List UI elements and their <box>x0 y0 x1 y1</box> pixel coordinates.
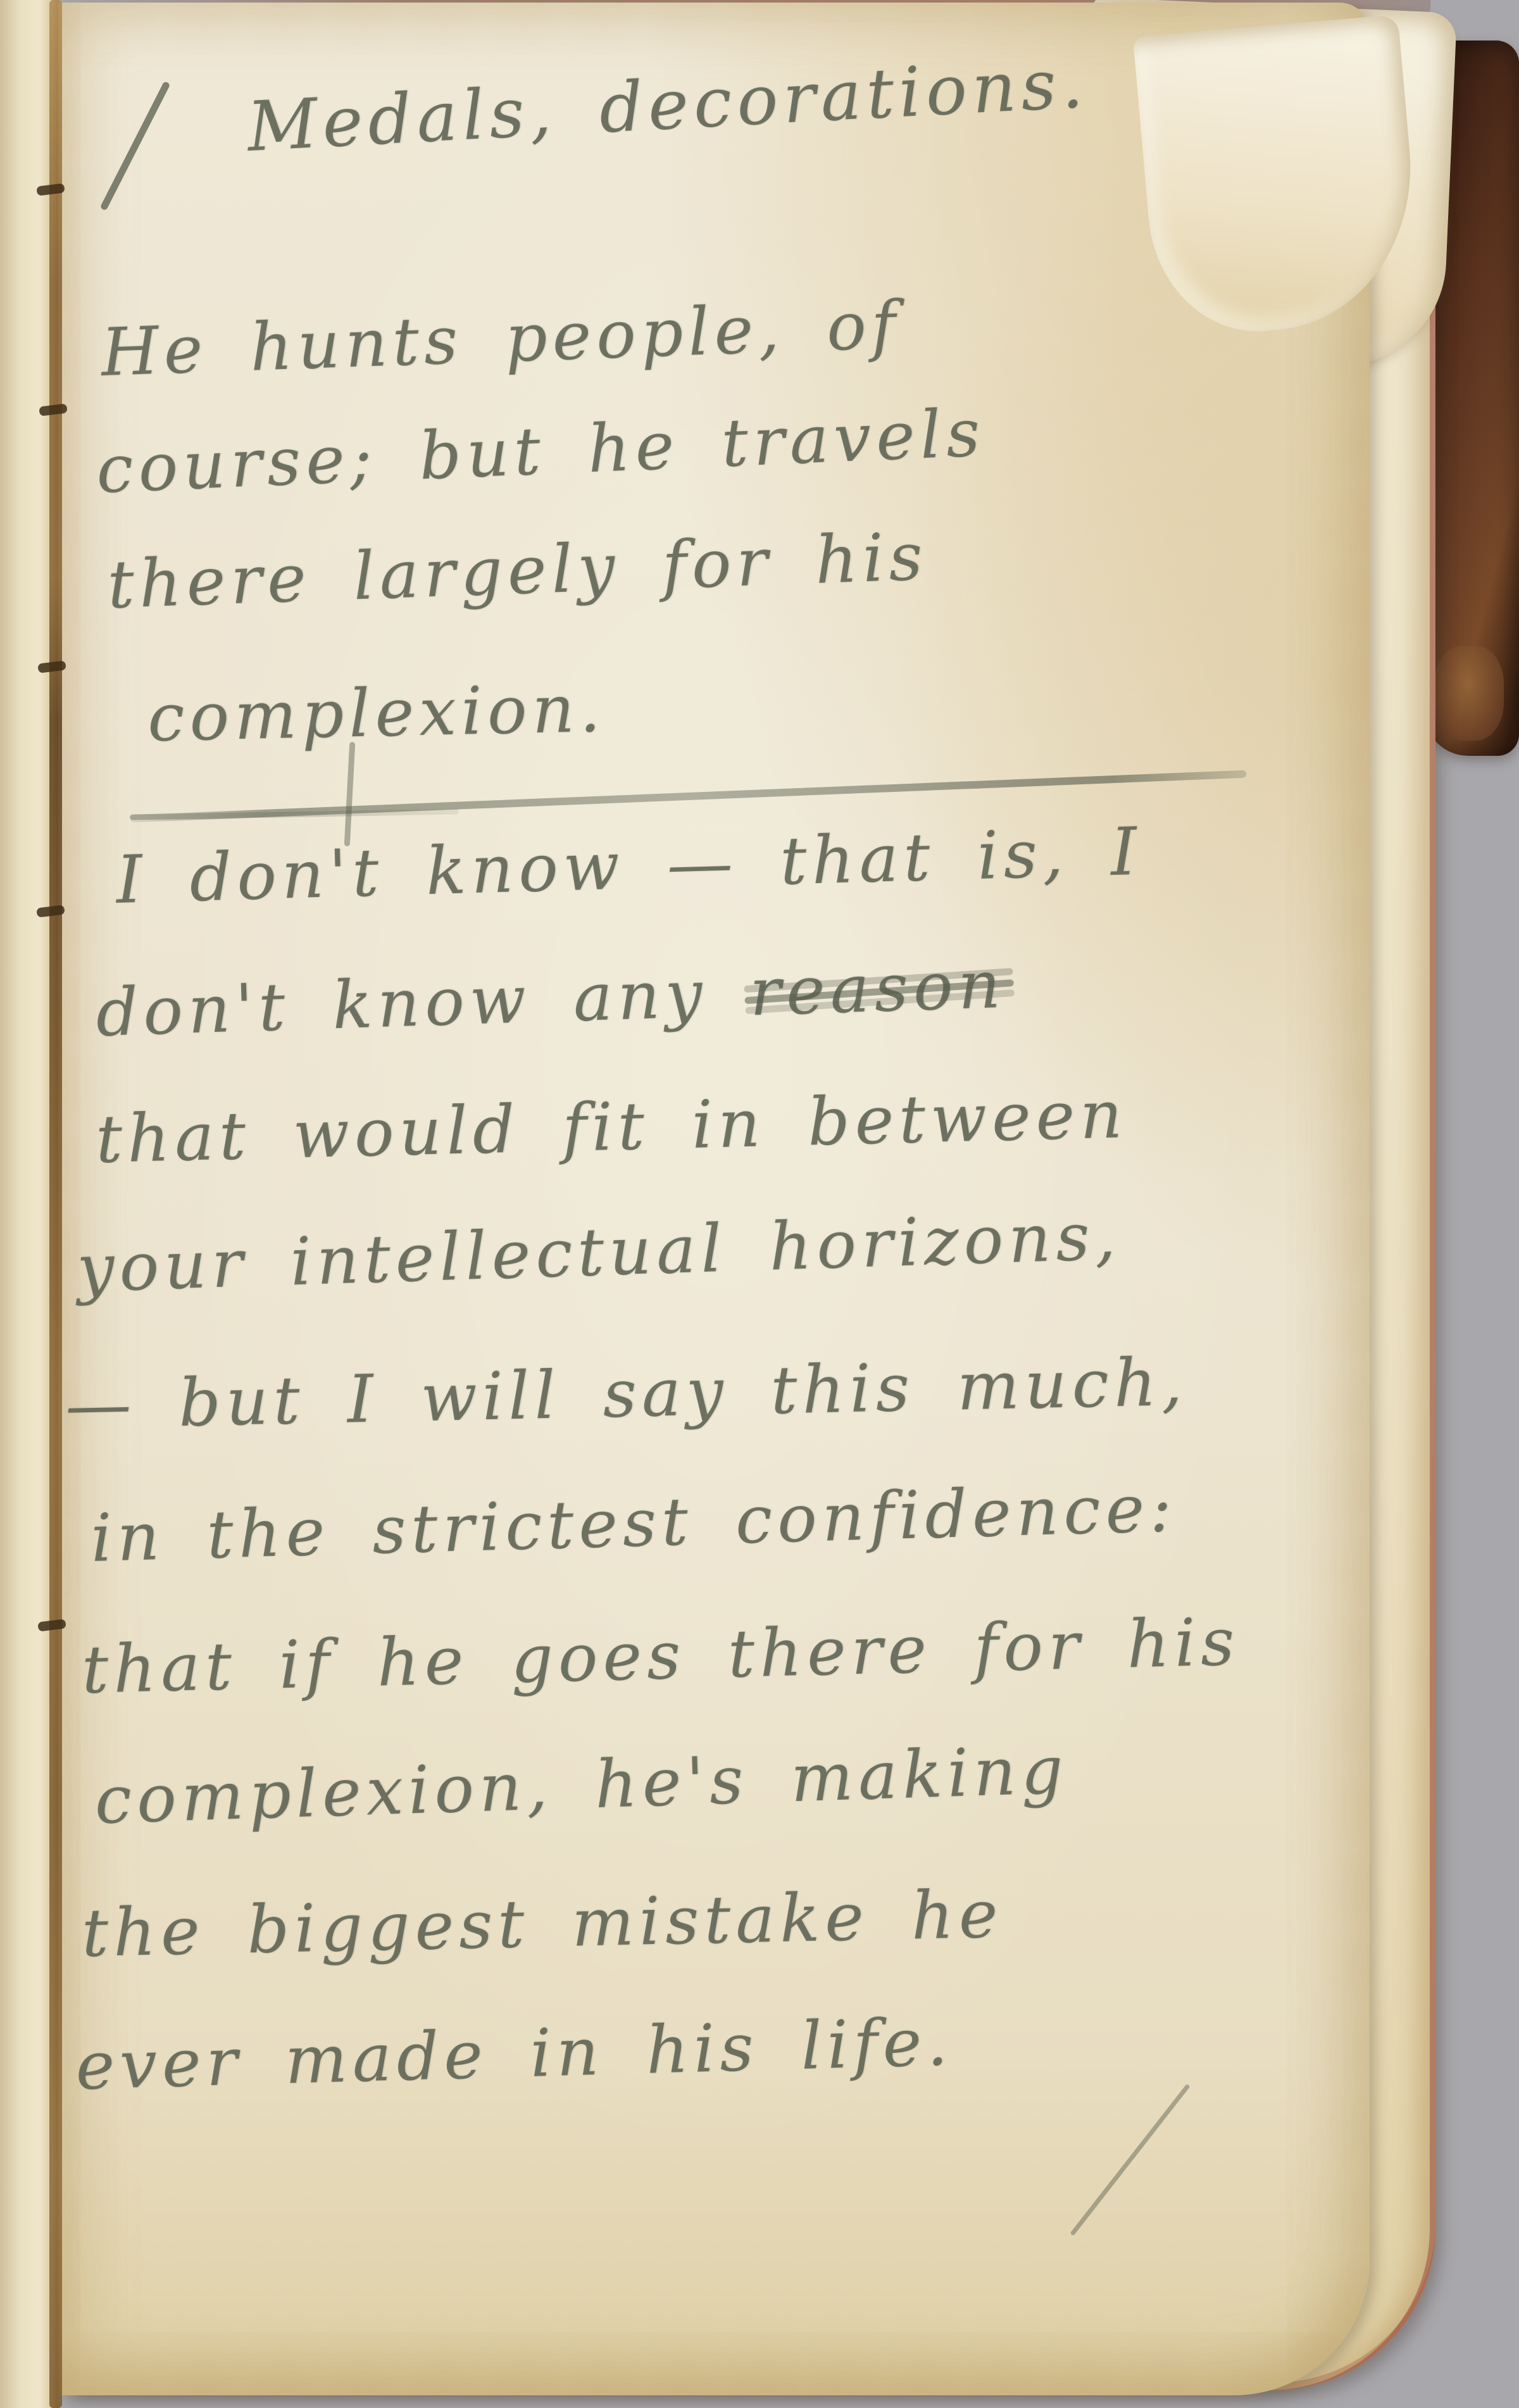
notebook-scan: Medals, decorations. He hunts people, of… <box>0 0 1519 2408</box>
binding-seam <box>49 0 62 2408</box>
leather-worn-patch <box>1434 646 1504 741</box>
struck-word: reason <box>748 946 1006 1031</box>
handwritten-line: complexion. <box>147 675 606 751</box>
handwritten-line: the biggest mistake he <box>81 1881 1003 1966</box>
